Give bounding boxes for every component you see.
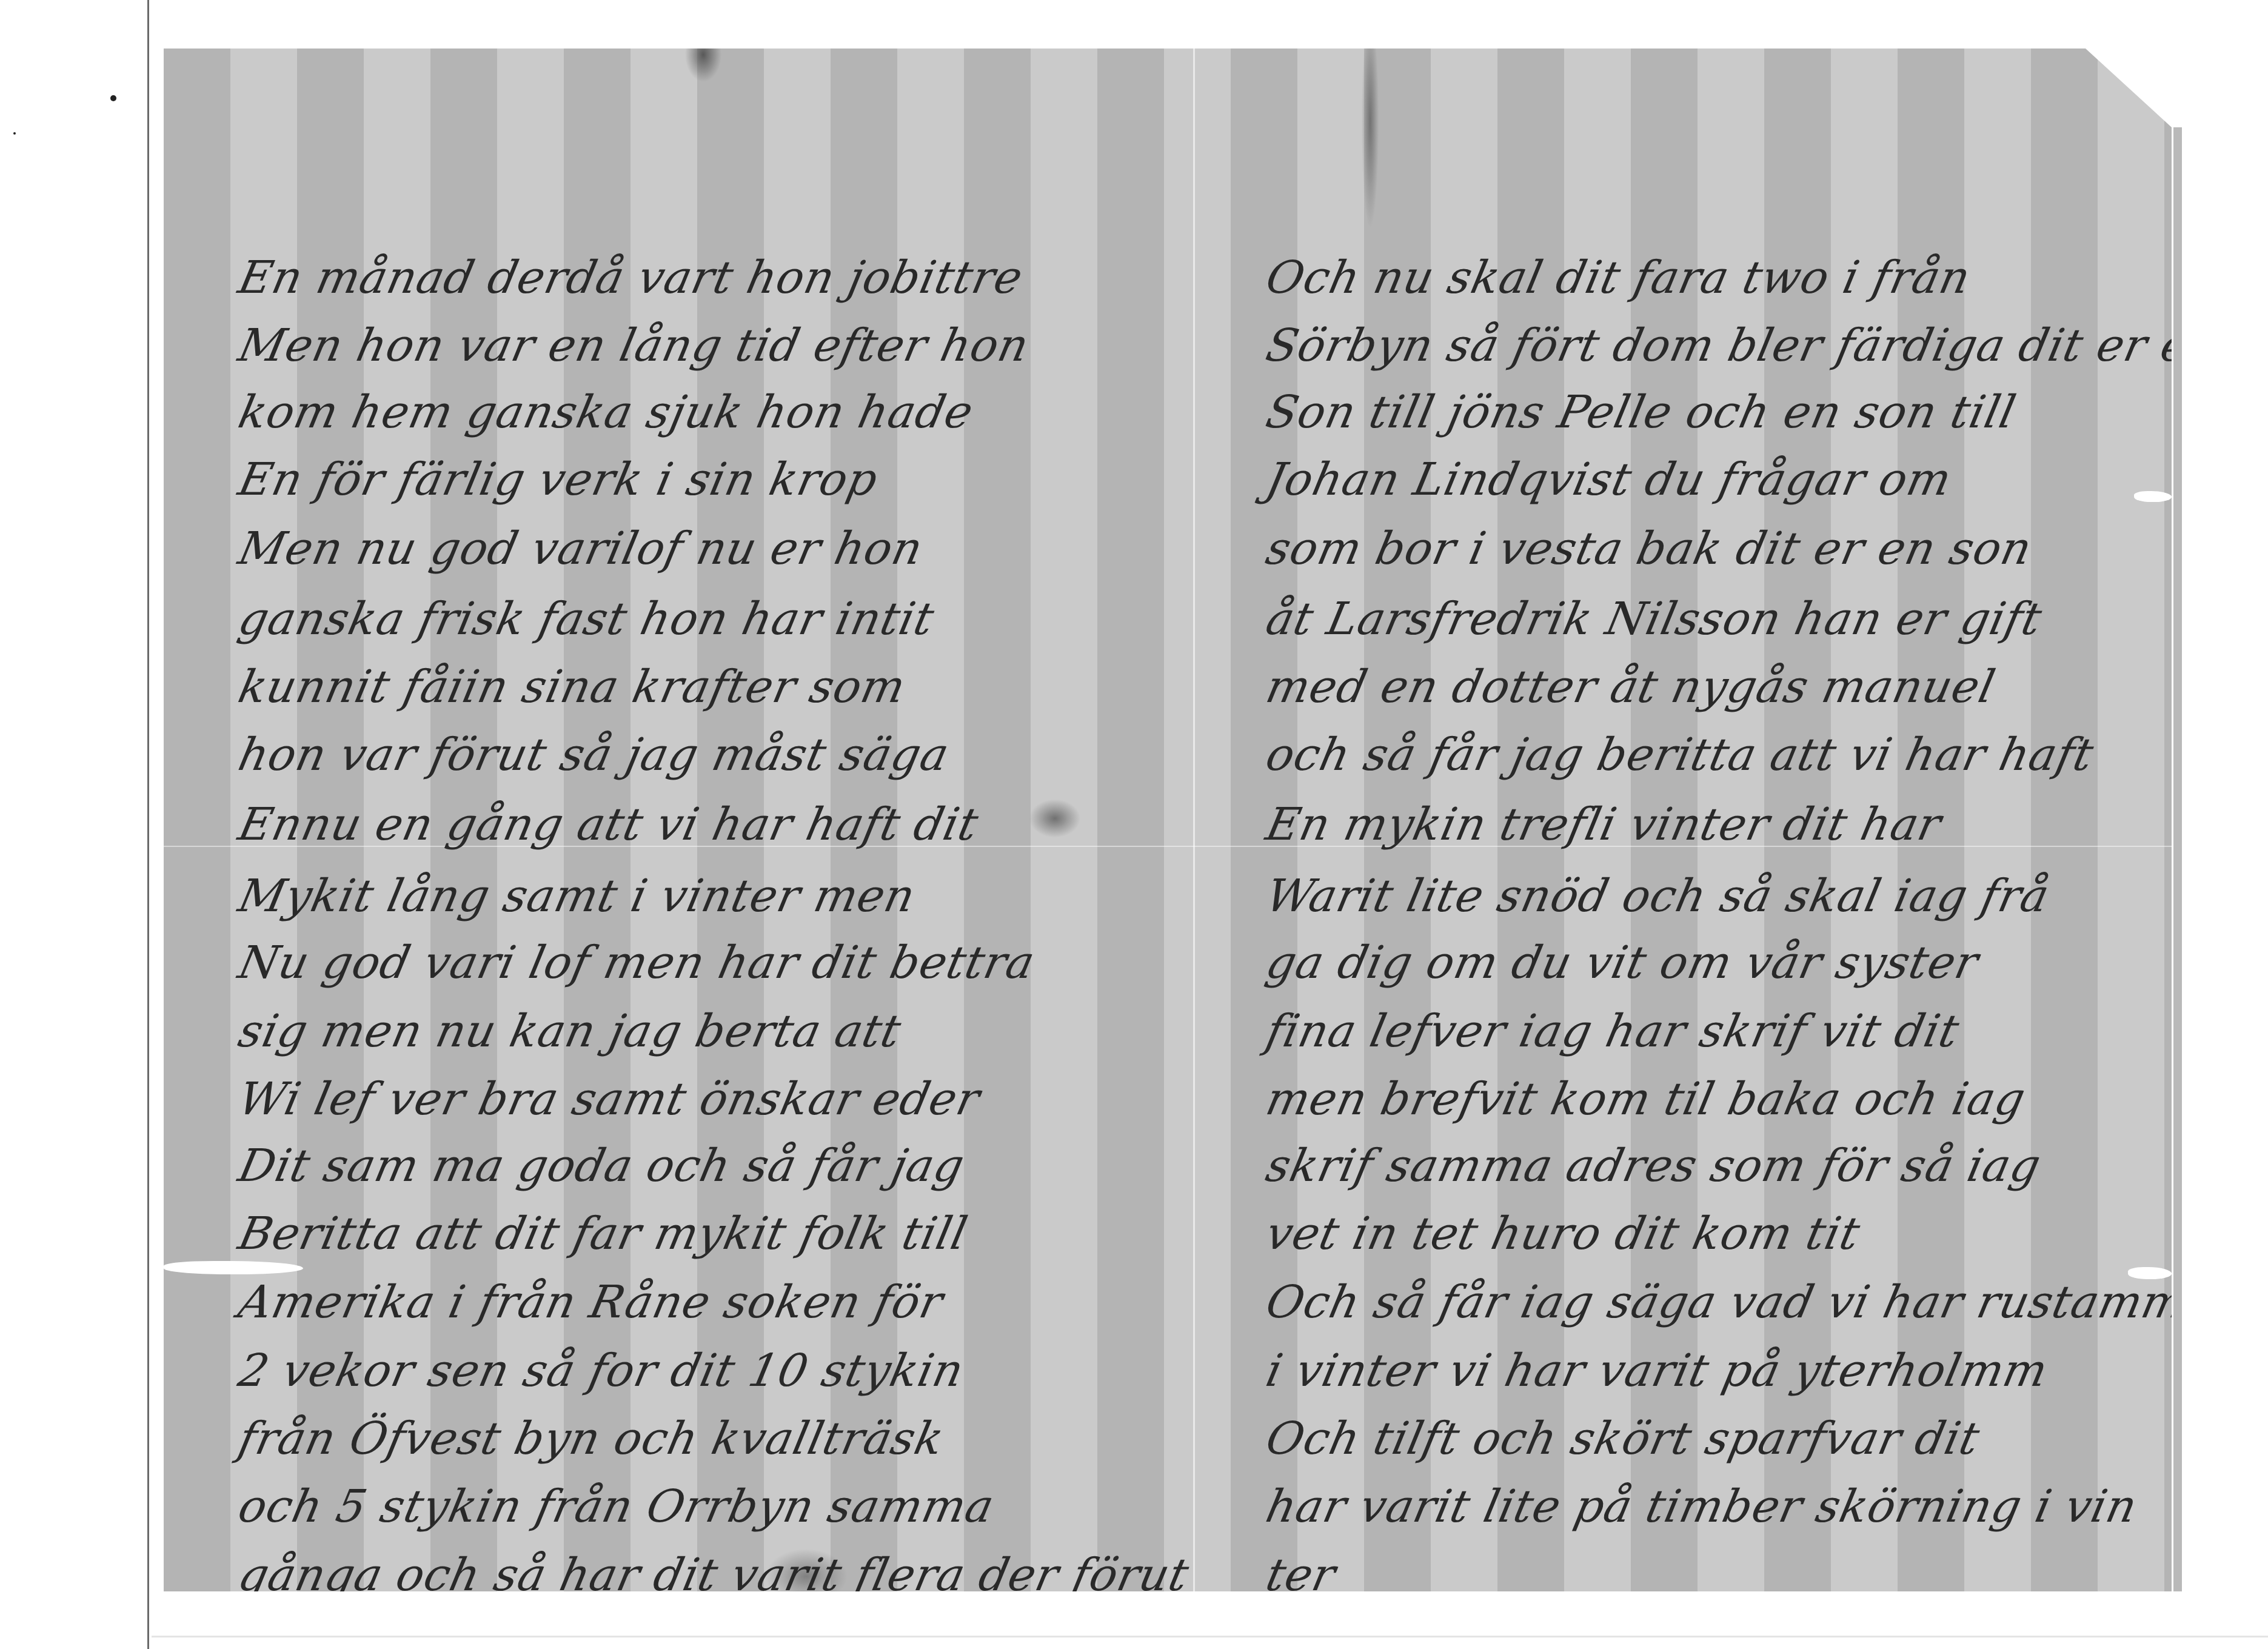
letter-line: Och tilft och skört sparfvar dit [1262,1413,1984,1465]
letter-line: har varit lite på timber skörning i vin [1262,1480,2142,1533]
center-fold [1193,48,1195,1591]
letter-line: åt Larsfredrik Nilsson han er gift [1262,593,2047,645]
letter-line: och 5 stykin från Orrbyn samma [234,1480,999,1533]
letter-line: Men nu god varilof nu er hon [234,523,928,575]
letter-line: Amerika i från Råne soken för [234,1276,948,1328]
letter-line: Nu god vari lof men har dit bettra [234,937,1040,989]
letter-line: från Öfvest byn och kvallträsk [234,1413,949,1465]
letter-line: Ennu en gång att vi har haft dit [234,798,983,851]
letter-line: En för färlig verk i sin krop [234,453,883,506]
letter-line: Och så får iag säga vad vi har rustamm [1262,1276,2191,1328]
letter-line: ga dig om du vit om vår syster [1262,937,1983,989]
letter-line: Och nu skal dit fara two i från [1262,252,1975,304]
letter-line: kunnit fåiin sina krafter som [234,661,911,713]
letter-line: Dit sam ma goda och så får jag [234,1140,969,1192]
letter-line: Warit lite snöd och så skal iag frå [1262,870,2054,922]
letter-line: En månad derdå vart hon jobittre [234,252,1028,304]
dust-speck [110,95,116,101]
letter-line: Beritta att dit far mykit folk till [234,1208,972,1260]
letter-line: ganska frisk fast hon har intit [234,593,939,645]
letter-line: Men hon var en lång tid efter hon [234,319,1034,372]
tear-right-upper [2134,491,2172,502]
letter-line: ter [1262,1549,1340,1601]
letter-line: En mykin trefli vinter dit har [1262,798,1946,851]
letter-line: hon var förut så jag måst säga [234,729,954,781]
tear-left [164,1261,303,1274]
letter-line: fina lefver iag har skrif vit dit [1262,1005,1964,1057]
letter-line: vet in tet huro dit kom tit [1262,1208,1865,1260]
paper-edge-strip [2173,127,2182,1591]
scan-edge-line [147,0,149,1649]
letter-line: men brefvit kom til baka och iag [1262,1073,2030,1125]
letter-line: Johan Lindqvist du frågar om [1262,453,1956,506]
letter-line: Son till jöns Pelle och en son till [1262,386,2021,438]
letter-line: Sörbyn så fört dom bler färdiga dit er e… [1262,319,2224,372]
dust-speck [13,132,16,135]
letter-line: gånga och så har dit varit flera der för… [234,1549,1194,1601]
letter-line: kom hem ganska sjuk hon hade [234,386,978,438]
letter-line: Wi lef ver bra samt önskar eder [234,1073,985,1125]
letter-line: 2 vekor sen så for dit 10 stykin [234,1345,969,1397]
letter-line: och så får jag beritta att vi har haft [1262,729,2098,781]
letter-line: med en dotter åt nygås manuel [1262,661,2000,713]
letter-line: sig men nu kan jag berta att [234,1005,906,1057]
letter-line: i vinter vi har varit på yterholmm [1262,1345,2053,1397]
letter-sheet: En månad derdå vart hon jobittre Men hon… [164,48,2172,1591]
letter-line: Mykit lång samt i vinter men [234,870,920,922]
letter-line: skrif samma adres som för så iag [1262,1140,2046,1192]
scan-bottom-line [152,1636,2268,1637]
letter-line: som bor i vesta bak dit er en son [1262,523,2036,575]
